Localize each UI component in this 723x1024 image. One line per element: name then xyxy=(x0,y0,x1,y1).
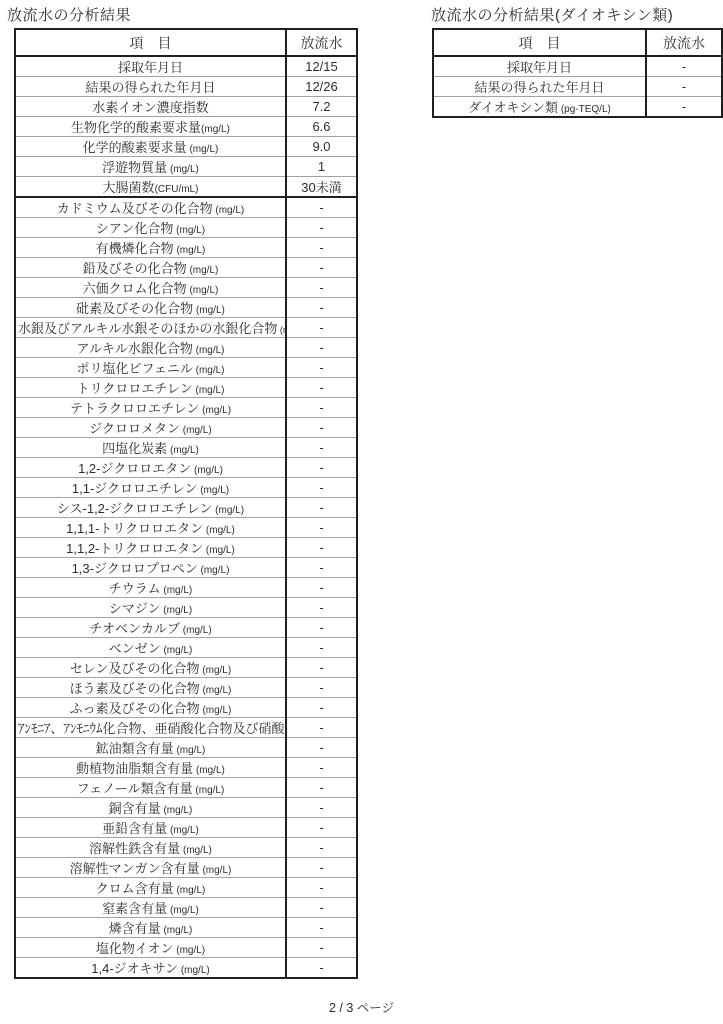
table-row: セレン及びその化合物 (mg/L) - xyxy=(15,658,357,678)
parameter-value-cell: 6.6 xyxy=(286,117,357,137)
parameter-name-cell: 1,2-ジクロロエタン (mg/L) xyxy=(15,458,286,478)
parameter-name: カドミウム及びその化合物 xyxy=(57,201,213,216)
parameter-value-cell: - xyxy=(286,238,357,258)
table-row: ｱﾝﾓﾆｱ、ｱﾝﾓﾆｳﾑ化合物、亜硝酸化合物及び硝酸化合物 (mg/L) - xyxy=(15,718,357,738)
table-row: 溶解性鉄含有量 (mg/L) - xyxy=(15,838,357,858)
parameter-unit: (mg/L) xyxy=(167,445,199,456)
parameter-unit: (mg/L) xyxy=(178,965,210,976)
parameter-name: シス-1,2-ジクロロエチレン xyxy=(57,501,213,516)
parameter-name-cell: カドミウム及びその化合物 (mg/L) xyxy=(15,197,286,218)
parameter-value-cell: - xyxy=(286,618,357,638)
parameter-value-cell: - xyxy=(286,558,357,578)
parameter-unit: (mg/L) xyxy=(174,245,206,256)
parameter-value-cell: - xyxy=(646,56,722,77)
table-row: 四塩化炭素 (mg/L) - xyxy=(15,438,357,458)
parameter-value-cell: - xyxy=(286,197,357,218)
parameter-name: ふっ素及びその化合物 xyxy=(70,701,200,716)
parameter-name: 結果の得られた年月日 xyxy=(85,80,215,95)
parameter-unit: (mg/L) xyxy=(161,925,193,936)
parameter-unit: (mg/L) xyxy=(193,785,225,796)
dioxin-analysis-table: 項 目 放流水 採取年月日 - 結果の得られた年月日 - ダイオキシン類 (pg… xyxy=(432,28,723,118)
parameter-name: トリクロロエチレン xyxy=(77,381,193,396)
parameter-value-cell: 9.0 xyxy=(286,137,357,157)
parameter-unit: (mg/L) xyxy=(193,345,225,356)
parameter-name: 生物化学的酸素要求量 xyxy=(71,120,201,135)
parameter-name: ポリ塩化ビフェニル xyxy=(76,361,192,376)
table-row: 動植物油脂類含有量 (mg/L) - xyxy=(15,758,357,778)
parameter-value-cell: - xyxy=(286,958,357,979)
parameter-unit: (mg/L) xyxy=(180,845,212,856)
parameter-unit: (mg/L) xyxy=(167,164,199,175)
parameter-name: 溶解性マンガン含有量 xyxy=(70,861,200,876)
parameter-unit: (mg/L) xyxy=(197,485,229,496)
table-row: 塩化物イオン (mg/L) - xyxy=(15,938,357,958)
parameter-unit: (mg/L) xyxy=(187,265,219,276)
parameter-value-cell: - xyxy=(286,858,357,878)
table-row: カドミウム及びその化合物 (mg/L) - xyxy=(15,197,357,218)
table-row: ほう素及びその化合物 (mg/L) - xyxy=(15,678,357,698)
parameter-name-cell: 亜鉛含有量 (mg/L) xyxy=(15,818,286,838)
parameter-name: 銅含有量 xyxy=(109,801,161,816)
table-row: ジクロロメタン (mg/L) - xyxy=(15,418,357,438)
parameter-value-cell: - xyxy=(286,838,357,858)
parameter-name: ベンゼン xyxy=(109,641,161,656)
parameter-name: シマジン xyxy=(109,601,161,616)
dioxin-table-title: 放流水の分析結果(ダイオキシン類) xyxy=(431,4,673,25)
parameter-value-cell: 1 xyxy=(286,157,357,177)
parameter-value-cell: - xyxy=(286,818,357,838)
table-row: 1,1-ジクロロエチレン (mg/L) - xyxy=(15,478,357,498)
parameter-name-cell: ジクロロメタン (mg/L) xyxy=(15,418,286,438)
parameter-name-cell: シス-1,2-ジクロロエチレン (mg/L) xyxy=(15,498,286,518)
parameter-name: シアン化合物 xyxy=(96,221,173,236)
parameter-unit: (mg/L) xyxy=(174,745,206,756)
parameter-unit: (mg/L) xyxy=(277,325,286,335)
parameter-name-cell: 六価クロム化合物 (mg/L) xyxy=(15,278,286,298)
table-row: 水素イオン濃度指数 7.2 xyxy=(15,97,357,117)
parameter-value-cell: - xyxy=(286,278,357,298)
parameter-value-cell: - xyxy=(286,478,357,498)
table-row: シマジン (mg/L) - xyxy=(15,598,357,618)
table-row: 銅含有量 (mg/L) - xyxy=(15,798,357,818)
parameter-unit: (mg/L) xyxy=(199,405,231,416)
table-row: 水銀及びアルキル水銀そのほかの水銀化合物 (mg/L) - xyxy=(15,318,357,338)
parameter-name: 1,1,1-トリクロロエタン xyxy=(66,521,203,536)
parameter-name-cell: 採取年月日 xyxy=(433,56,646,77)
table-row: 窒素含有量 (mg/L) - xyxy=(15,898,357,918)
parameter-name-cell: 燐含有量 (mg/L) xyxy=(15,918,286,938)
parameter-name-cell: ほう素及びその化合物 (mg/L) xyxy=(15,678,286,698)
parameter-value-cell: - xyxy=(286,358,357,378)
parameter-value-cell: - xyxy=(286,318,357,338)
table-row: ベンゼン (mg/L) - xyxy=(15,638,357,658)
parameter-value-cell: - xyxy=(286,578,357,598)
parameter-unit: (mg/L) xyxy=(174,885,206,896)
parameter-name: 鉛及びその化合物 xyxy=(83,261,187,276)
parameter-name-cell: フェノール類含有量 (mg/L) xyxy=(15,778,286,798)
parameter-name: フェノール類含有量 xyxy=(77,781,193,796)
parameter-name-cell: 化学的酸素要求量 (mg/L) xyxy=(15,137,286,157)
parameter-value-cell: 12/15 xyxy=(286,56,357,77)
parameter-name-cell: 四塩化炭素 (mg/L) xyxy=(15,438,286,458)
column-header-effluent: 放流水 xyxy=(286,29,357,56)
parameter-value-cell: - xyxy=(286,498,357,518)
parameter-value-cell: - xyxy=(286,898,357,918)
parameter-value-cell: - xyxy=(286,758,357,778)
parameter-name: 1,1,2-トリクロロエタン xyxy=(66,541,203,556)
parameter-name: 採取年月日 xyxy=(118,60,183,75)
table-row: シス-1,2-ジクロロエチレン (mg/L) - xyxy=(15,498,357,518)
parameter-value-cell: - xyxy=(286,738,357,758)
parameter-name-cell: 結果の得られた年月日 xyxy=(15,77,286,97)
table-row: 生物化学的酸素要求量(mg/L) 6.6 xyxy=(15,117,357,137)
parameter-name-cell: 1,1,1-トリクロロエタン (mg/L) xyxy=(15,518,286,538)
parameter-value-cell: - xyxy=(286,398,357,418)
parameter-name: 1,4-ジオキサン xyxy=(91,961,178,976)
table-row: 結果の得られた年月日 12/26 xyxy=(15,77,357,97)
parameter-name: 水銀及びアルキル水銀そのほかの水銀化合物 xyxy=(18,321,277,336)
parameter-name-cell: 1,1,2-トリクロロエタン (mg/L) xyxy=(15,538,286,558)
parameter-value-cell: - xyxy=(286,658,357,678)
parameter-name-cell: 鉛及びその化合物 (mg/L) xyxy=(15,258,286,278)
table-row: フェノール類含有量 (mg/L) - xyxy=(15,778,357,798)
table-row: 1,2-ジクロロエタン (mg/L) - xyxy=(15,458,357,478)
parameter-name: 浮遊物質量 xyxy=(102,160,167,175)
table-row: アルキル水銀化合物 (mg/L) - xyxy=(15,338,357,358)
parameter-name-cell: 有機燐化合物 (mg/L) xyxy=(15,238,286,258)
parameter-name: アルキル水銀化合物 xyxy=(76,341,192,356)
parameter-name-cell: 溶解性マンガン含有量 (mg/L) xyxy=(15,858,286,878)
parameter-name-cell: 水銀及びアルキル水銀そのほかの水銀化合物 (mg/L) xyxy=(15,318,286,338)
parameter-unit: (mg/L) xyxy=(193,365,225,376)
parameter-name-cell: 採取年月日 xyxy=(15,56,286,77)
parameter-value-cell: - xyxy=(286,298,357,318)
parameter-value-cell: - xyxy=(286,438,357,458)
table-row: 1,1,1-トリクロロエタン (mg/L) - xyxy=(15,518,357,538)
parameter-name: 燐含有量 xyxy=(109,921,161,936)
parameter-unit: (mg/L) xyxy=(187,144,219,155)
parameter-name-cell: 溶解性鉄含有量 (mg/L) xyxy=(15,838,286,858)
parameter-value-cell: - xyxy=(286,778,357,798)
parameter-unit: (mg/L) xyxy=(203,525,235,536)
page-number: 2 / 3 ページ xyxy=(0,998,723,1016)
parameter-value-cell: - xyxy=(286,598,357,618)
effluent-table-title: 放流水の分析結果 xyxy=(7,4,131,25)
parameter-value-cell: - xyxy=(286,718,357,738)
parameter-name-cell: 1,3-ジクロロプロペン (mg/L) xyxy=(15,558,286,578)
column-header-effluent: 放流水 xyxy=(646,29,722,56)
table-row: 採取年月日 12/15 xyxy=(15,56,357,77)
table-row: 有機燐化合物 (mg/L) - xyxy=(15,238,357,258)
parameter-name: 大腸菌数 xyxy=(103,180,155,195)
parameter-name-cell: 大腸菌数(CFU/mL) xyxy=(15,177,286,198)
parameter-name: ジクロロメタン xyxy=(89,421,180,436)
parameter-value-cell: - xyxy=(646,97,722,118)
parameter-value-cell: - xyxy=(286,258,357,278)
table-row: 化学的酸素要求量 (mg/L) 9.0 xyxy=(15,137,357,157)
parameter-unit: (mg/L) xyxy=(161,805,193,816)
parameter-name-cell: 動植物油脂類含有量 (mg/L) xyxy=(15,758,286,778)
parameter-unit: (mg/L) xyxy=(161,645,193,656)
parameter-name-cell: 生物化学的酸素要求量(mg/L) xyxy=(15,117,286,137)
parameter-unit: (mg/L) xyxy=(193,765,225,776)
parameter-name-cell: ｱﾝﾓﾆｱ、ｱﾝﾓﾆｳﾑ化合物、亜硝酸化合物及び硝酸化合物 (mg/L) xyxy=(15,718,286,738)
parameter-name-cell: シマジン (mg/L) xyxy=(15,598,286,618)
parameter-unit: (mg/L) xyxy=(187,285,219,296)
parameter-unit: (mg/L) xyxy=(200,665,232,676)
parameter-name-cell: 銅含有量 (mg/L) xyxy=(15,798,286,818)
parameter-name-cell: チウラム (mg/L) xyxy=(15,578,286,598)
parameter-name-cell: ふっ素及びその化合物 (mg/L) xyxy=(15,698,286,718)
table-row: 採取年月日 - xyxy=(433,56,722,77)
table-row: 浮遊物質量 (mg/L) 1 xyxy=(15,157,357,177)
column-header-item: 項 目 xyxy=(15,29,286,56)
parameter-name-cell: 水素イオン濃度指数 xyxy=(15,97,286,117)
table-row: 鉛及びその化合物 (mg/L) - xyxy=(15,258,357,278)
parameter-value-cell: 12/26 xyxy=(286,77,357,97)
parameter-name-cell: テトラクロロエチレン (mg/L) xyxy=(15,398,286,418)
parameter-name: 水素イオン濃度指数 xyxy=(92,100,209,115)
table-row: 溶解性マンガン含有量 (mg/L) - xyxy=(15,858,357,878)
parameter-name-cell: 1,4-ジオキサン (mg/L) xyxy=(15,958,286,979)
parameter-name-cell: 窒素含有量 (mg/L) xyxy=(15,898,286,918)
table-row: ふっ素及びその化合物 (mg/L) - xyxy=(15,698,357,718)
parameter-value-cell: 30未満 xyxy=(286,177,357,198)
parameter-unit: (mg/L) xyxy=(173,945,205,956)
parameter-unit: (mg/L) xyxy=(193,305,225,316)
table-row: 1,3-ジクロロプロペン (mg/L) - xyxy=(15,558,357,578)
parameter-name: セレン及びその化合物 xyxy=(70,661,200,676)
effluent-analysis-table: 項 目 放流水 採取年月日 12/15 結果の得られた年月日 12/26 水素イ… xyxy=(14,28,358,979)
parameter-name-cell: アルキル水銀化合物 (mg/L) xyxy=(15,338,286,358)
parameter-name: ほう素及びその化合物 xyxy=(70,681,200,696)
table-row: 六価クロム化合物 (mg/L) - xyxy=(15,278,357,298)
parameter-name: 1,3-ジクロロプロペン xyxy=(72,561,198,576)
parameter-unit: (mg/L) xyxy=(198,565,230,576)
parameter-name: 亜鉛含有量 xyxy=(102,821,167,836)
parameter-value-cell: - xyxy=(286,878,357,898)
parameter-value-cell: - xyxy=(286,418,357,438)
parameter-name-cell: クロム含有量 (mg/L) xyxy=(15,878,286,898)
parameter-value-cell: - xyxy=(646,77,722,97)
parameter-value-cell: - xyxy=(286,378,357,398)
parameter-name: チオベンカルブ xyxy=(89,621,180,636)
parameter-value-cell: - xyxy=(286,798,357,818)
parameter-name: 結果の得られた年月日 xyxy=(474,80,604,95)
parameter-value-cell: - xyxy=(286,458,357,478)
parameter-name: 塩化物イオン xyxy=(96,941,174,956)
table-row: 大腸菌数(CFU/mL) 30未満 xyxy=(15,177,357,198)
parameter-unit: (mg/L) xyxy=(201,124,230,135)
table-row: シアン化合物 (mg/L) - xyxy=(15,218,357,238)
table-row: 鉱油類含有量 (mg/L) - xyxy=(15,738,357,758)
parameter-unit: (mg/L) xyxy=(180,625,212,636)
parameter-unit: (mg/L) xyxy=(200,685,232,696)
table-row: 亜鉛含有量 (mg/L) - xyxy=(15,818,357,838)
parameter-unit: (mg/L) xyxy=(213,205,245,216)
table-row: チオベンカルブ (mg/L) - xyxy=(15,618,357,638)
parameter-name-cell: 塩化物イオン (mg/L) xyxy=(15,938,286,958)
parameter-unit: (mg/L) xyxy=(167,825,199,836)
parameter-unit: (mg/L) xyxy=(191,465,223,476)
parameter-value-cell: - xyxy=(286,538,357,558)
parameter-value-cell: - xyxy=(286,638,357,658)
parameter-name: ｱﾝﾓﾆｱ、ｱﾝﾓﾆｳﾑ化合物、亜硝酸化合物及び硝酸化合物 xyxy=(18,721,286,736)
parameter-name: 化学的酸素要求量 xyxy=(83,140,187,155)
parameter-unit: (mg/L) xyxy=(161,585,193,596)
parameter-name: 溶解性鉄含有量 xyxy=(89,841,180,856)
parameter-value-cell: - xyxy=(286,938,357,958)
parameter-name-cell: ポリ塩化ビフェニル (mg/L) xyxy=(15,358,286,378)
parameter-unit: (mg/L) xyxy=(200,865,232,876)
parameter-name: 窒素含有量 xyxy=(102,901,167,916)
column-header-item: 項 目 xyxy=(433,29,646,56)
parameter-value-cell: - xyxy=(286,218,357,238)
parameter-unit: (mg/L) xyxy=(203,545,235,556)
parameter-value-cell: - xyxy=(286,338,357,358)
parameter-name-cell: 鉱油類含有量 (mg/L) xyxy=(15,738,286,758)
parameter-name: 砒素及びその化合物 xyxy=(76,301,193,316)
parameter-value-cell: - xyxy=(286,518,357,538)
parameter-unit: (mg/L) xyxy=(161,605,193,616)
parameter-name: チウラム xyxy=(109,581,161,596)
table-row: 燐含有量 (mg/L) - xyxy=(15,918,357,938)
parameter-name-cell: セレン及びその化合物 (mg/L) xyxy=(15,658,286,678)
parameter-name: テトラクロロエチレン xyxy=(70,401,199,416)
parameter-unit: (mg/L) xyxy=(212,505,244,516)
parameter-name-cell: ベンゼン (mg/L) xyxy=(15,638,286,658)
parameter-name: 1,1-ジクロロエチレン xyxy=(72,481,198,496)
table-row: 1,1,2-トリクロロエタン (mg/L) - xyxy=(15,538,357,558)
parameter-name: クロム含有量 xyxy=(96,881,174,896)
table-row: クロム含有量 (mg/L) - xyxy=(15,878,357,898)
table-header-row: 項 目 放流水 xyxy=(15,29,357,56)
parameter-value-cell: 7.2 xyxy=(286,97,357,117)
parameter-name-cell: シアン化合物 (mg/L) xyxy=(15,218,286,238)
table-row: トリクロロエチレン (mg/L) - xyxy=(15,378,357,398)
parameter-name: 六価クロム化合物 xyxy=(83,281,187,296)
parameter-unit: (CFU/mL) xyxy=(155,184,199,195)
parameter-value-cell: - xyxy=(286,678,357,698)
parameter-name-cell: 浮遊物質量 (mg/L) xyxy=(15,157,286,177)
table-row: 砒素及びその化合物 (mg/L) - xyxy=(15,298,357,318)
table-row: ポリ塩化ビフェニル (mg/L) - xyxy=(15,358,357,378)
parameter-unit: (mg/L) xyxy=(193,385,225,396)
parameter-name-cell: 結果の得られた年月日 xyxy=(433,77,646,97)
parameter-unit: (pg-TEQ/L) xyxy=(558,104,611,115)
parameter-name-cell: ダイオキシン類 (pg-TEQ/L) xyxy=(433,97,646,118)
parameter-name-cell: 砒素及びその化合物 (mg/L) xyxy=(15,298,286,318)
parameter-unit: (mg/L) xyxy=(173,225,205,236)
parameter-unit: (mg/L) xyxy=(167,905,199,916)
table-header-row: 項 目 放流水 xyxy=(433,29,722,56)
parameter-unit: (mg/L) xyxy=(180,425,212,436)
parameter-value-cell: - xyxy=(286,918,357,938)
parameter-name-cell: トリクロロエチレン (mg/L) xyxy=(15,378,286,398)
table-row: 結果の得られた年月日 - xyxy=(433,77,722,97)
parameter-name: 採取年月日 xyxy=(507,60,572,75)
parameter-name: 四塩化炭素 xyxy=(102,441,167,456)
table-row: チウラム (mg/L) - xyxy=(15,578,357,598)
table-row: ダイオキシン類 (pg-TEQ/L) - xyxy=(433,97,722,118)
parameter-name: 有機燐化合物 xyxy=(96,241,174,256)
parameter-name-cell: 1,1-ジクロロエチレン (mg/L) xyxy=(15,478,286,498)
parameter-value-cell: - xyxy=(286,698,357,718)
parameter-name-cell: チオベンカルブ (mg/L) xyxy=(15,618,286,638)
parameter-name: 1,2-ジクロロエタン xyxy=(78,461,191,476)
table-row: 1,4-ジオキサン (mg/L) - xyxy=(15,958,357,979)
parameter-unit: (mg/L) xyxy=(200,705,232,716)
parameter-name: 動植物油脂類含有量 xyxy=(76,761,193,776)
parameter-name: ダイオキシン類 xyxy=(468,100,558,115)
parameter-name: 鉱油類含有量 xyxy=(96,741,174,756)
table-row: テトラクロロエチレン (mg/L) - xyxy=(15,398,357,418)
